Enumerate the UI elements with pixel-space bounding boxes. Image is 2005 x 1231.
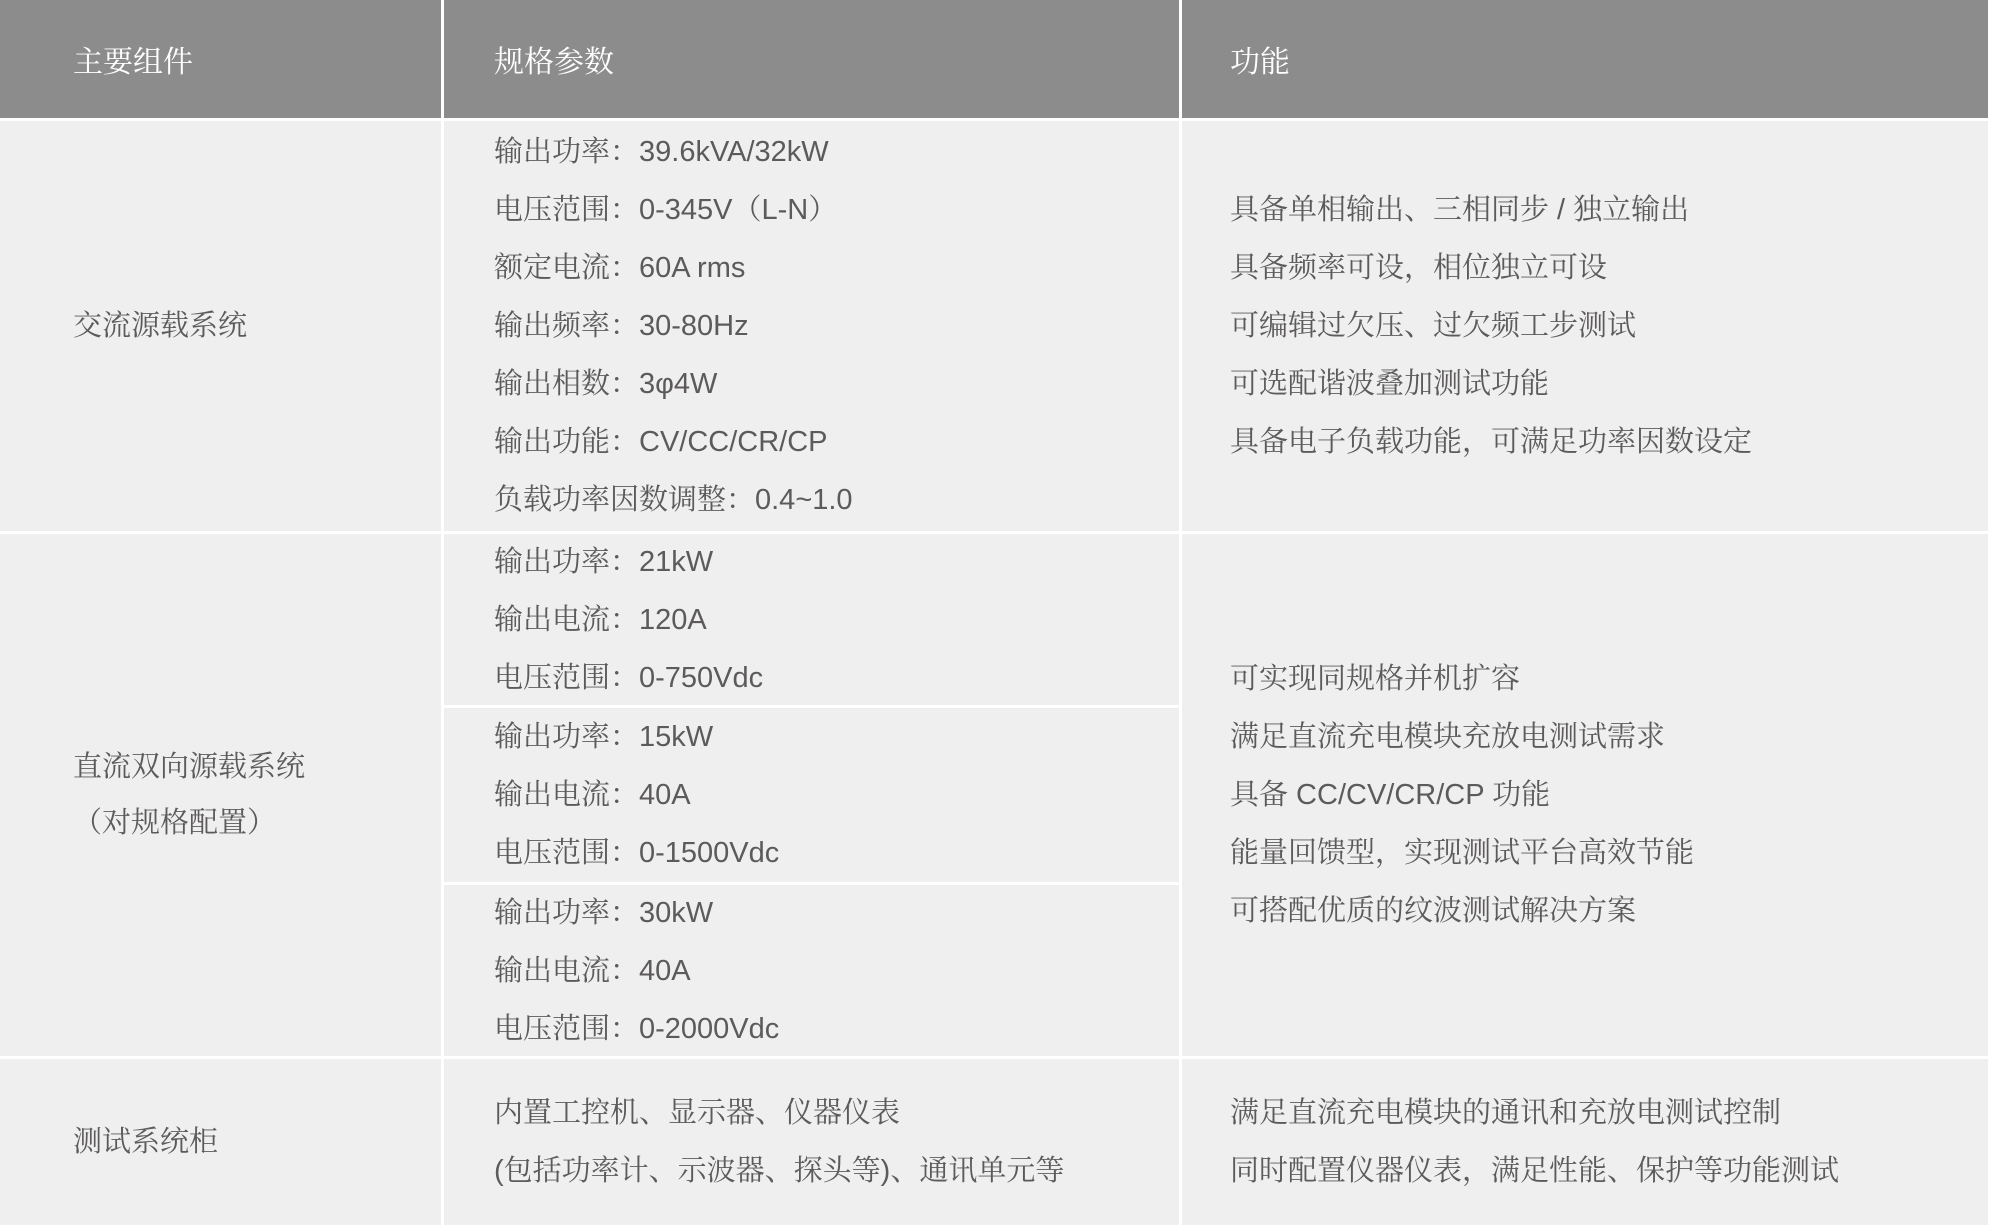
spec-line: 输出电流：40A (494, 942, 1179, 1000)
spec-line: 电压范围：0-345V（L-N） (494, 181, 1179, 239)
row-dc-component-cell: 直流双向源载系统 （对规格配置） (0, 534, 441, 1056)
spec-line: 输出功率：39.6kVA/32kW (494, 123, 1179, 181)
spec-line: 电压范围：0-1500Vdc (494, 824, 1179, 882)
spec-line: 输出功率：15kW (494, 708, 1179, 766)
dc-spec-group-2: 输出功率：15kW 输出电流：40A 电压范围：0-1500Vdc (444, 708, 1179, 882)
row-dc-function-cell: 可实现同规格并机扩容 满足直流充电模块充放电测试需求 具备 CC/CV/CR/C… (1182, 534, 1988, 1056)
component-label: 交流源载系统 (73, 298, 441, 354)
spec-line: 负载功率因数调整：0.4~1.0 (494, 471, 1179, 529)
row-dc-spec-cell: 输出功率：21kW 输出电流：120A 电压范围：0-750Vdc 输出功率：1… (444, 534, 1179, 1056)
header-label-specs: 规格参数 (494, 37, 614, 81)
function-line: 满足直流充电模块充放电测试需求 (1230, 708, 1988, 766)
function-line: 能量回馈型，实现测试平台高效节能 (1230, 824, 1988, 882)
row-cabinet-function-cell: 满足直流充电模块的通讯和充放电测试控制 同时配置仪器仪表，满足性能、保护等功能测… (1182, 1059, 1988, 1225)
header-cell-specs: 规格参数 (444, 0, 1179, 118)
dc-spec-group-1: 输出功率：21kW 输出电流：120A 电压范围：0-750Vdc (444, 534, 1179, 705)
function-line: 可选配谐波叠加测试功能 (1230, 355, 1988, 413)
function-line: 可实现同规格并机扩容 (1230, 650, 1988, 708)
spec-sheet-page: 主要组件 规格参数 功能 交流源载系统 输出功率：39.6kVA/32kW 电压… (0, 0, 2005, 1231)
spec-table: 主要组件 规格参数 功能 交流源载系统 输出功率：39.6kVA/32kW 电压… (0, 0, 1988, 1225)
row-ac-component-cell: 交流源载系统 (0, 121, 441, 531)
component-label: 直流双向源载系统 (73, 739, 441, 795)
function-line: 满足直流充电模块的通讯和充放电测试控制 (1230, 1084, 1988, 1142)
spec-line: 额定电流：60A rms (494, 239, 1179, 297)
function-line: 可搭配优质的纹波测试解决方案 (1230, 882, 1988, 940)
function-line: 具备单相输出、三相同步 / 独立输出 (1230, 181, 1988, 239)
function-line: 具备 CC/CV/CR/CP 功能 (1230, 766, 1988, 824)
row-cabinet-spec-cell: 内置工控机、显示器、仪器仪表 (包括功率计、示波器、探头等)、通讯单元等 (444, 1059, 1179, 1225)
function-line: 具备电子负载功能，可满足功率因数设定 (1230, 413, 1988, 471)
spec-line: 电压范围：0-750Vdc (494, 649, 1179, 707)
spec-line: (包括功率计、示波器、探头等)、通讯单元等 (494, 1142, 1179, 1200)
component-label: 测试系统柜 (73, 1114, 441, 1170)
row-ac-function-cell: 具备单相输出、三相同步 / 独立输出 具备频率可设，相位独立可设 可编辑过欠压、… (1182, 121, 1988, 531)
dc-spec-group-3: 输出功率：30kW 输出电流：40A 电压范围：0-2000Vdc (444, 885, 1179, 1056)
spec-line: 输出电流：40A (494, 766, 1179, 824)
spec-line: 输出功率：21kW (494, 533, 1179, 591)
spec-line: 输出相数：3φ4W (494, 355, 1179, 413)
spec-line: 输出频率：30-80Hz (494, 297, 1179, 355)
header-label-functions: 功能 (1230, 37, 1290, 81)
spec-line: 内置工控机、显示器、仪器仪表 (494, 1084, 1179, 1142)
spec-line: 输出电流：120A (494, 591, 1179, 649)
header-label-components: 主要组件 (73, 37, 193, 81)
row-ac-spec-cell: 输出功率：39.6kVA/32kW 电压范围：0-345V（L-N） 额定电流：… (444, 121, 1179, 531)
row-cabinet-component-cell: 测试系统柜 (0, 1059, 441, 1225)
function-line: 具备频率可设，相位独立可设 (1230, 239, 1988, 297)
component-label-note: （对规格配置） (73, 795, 441, 851)
function-line: 可编辑过欠压、过欠频工步测试 (1230, 297, 1988, 355)
header-cell-components: 主要组件 (0, 0, 441, 118)
spec-line: 输出功率：30kW (494, 884, 1179, 942)
header-cell-functions: 功能 (1182, 0, 1988, 118)
spec-line: 电压范围：0-2000Vdc (494, 1000, 1179, 1058)
function-line: 同时配置仪器仪表，满足性能、保护等功能测试 (1230, 1142, 1988, 1200)
spec-line: 输出功能：CV/CC/CR/CP (494, 413, 1179, 471)
